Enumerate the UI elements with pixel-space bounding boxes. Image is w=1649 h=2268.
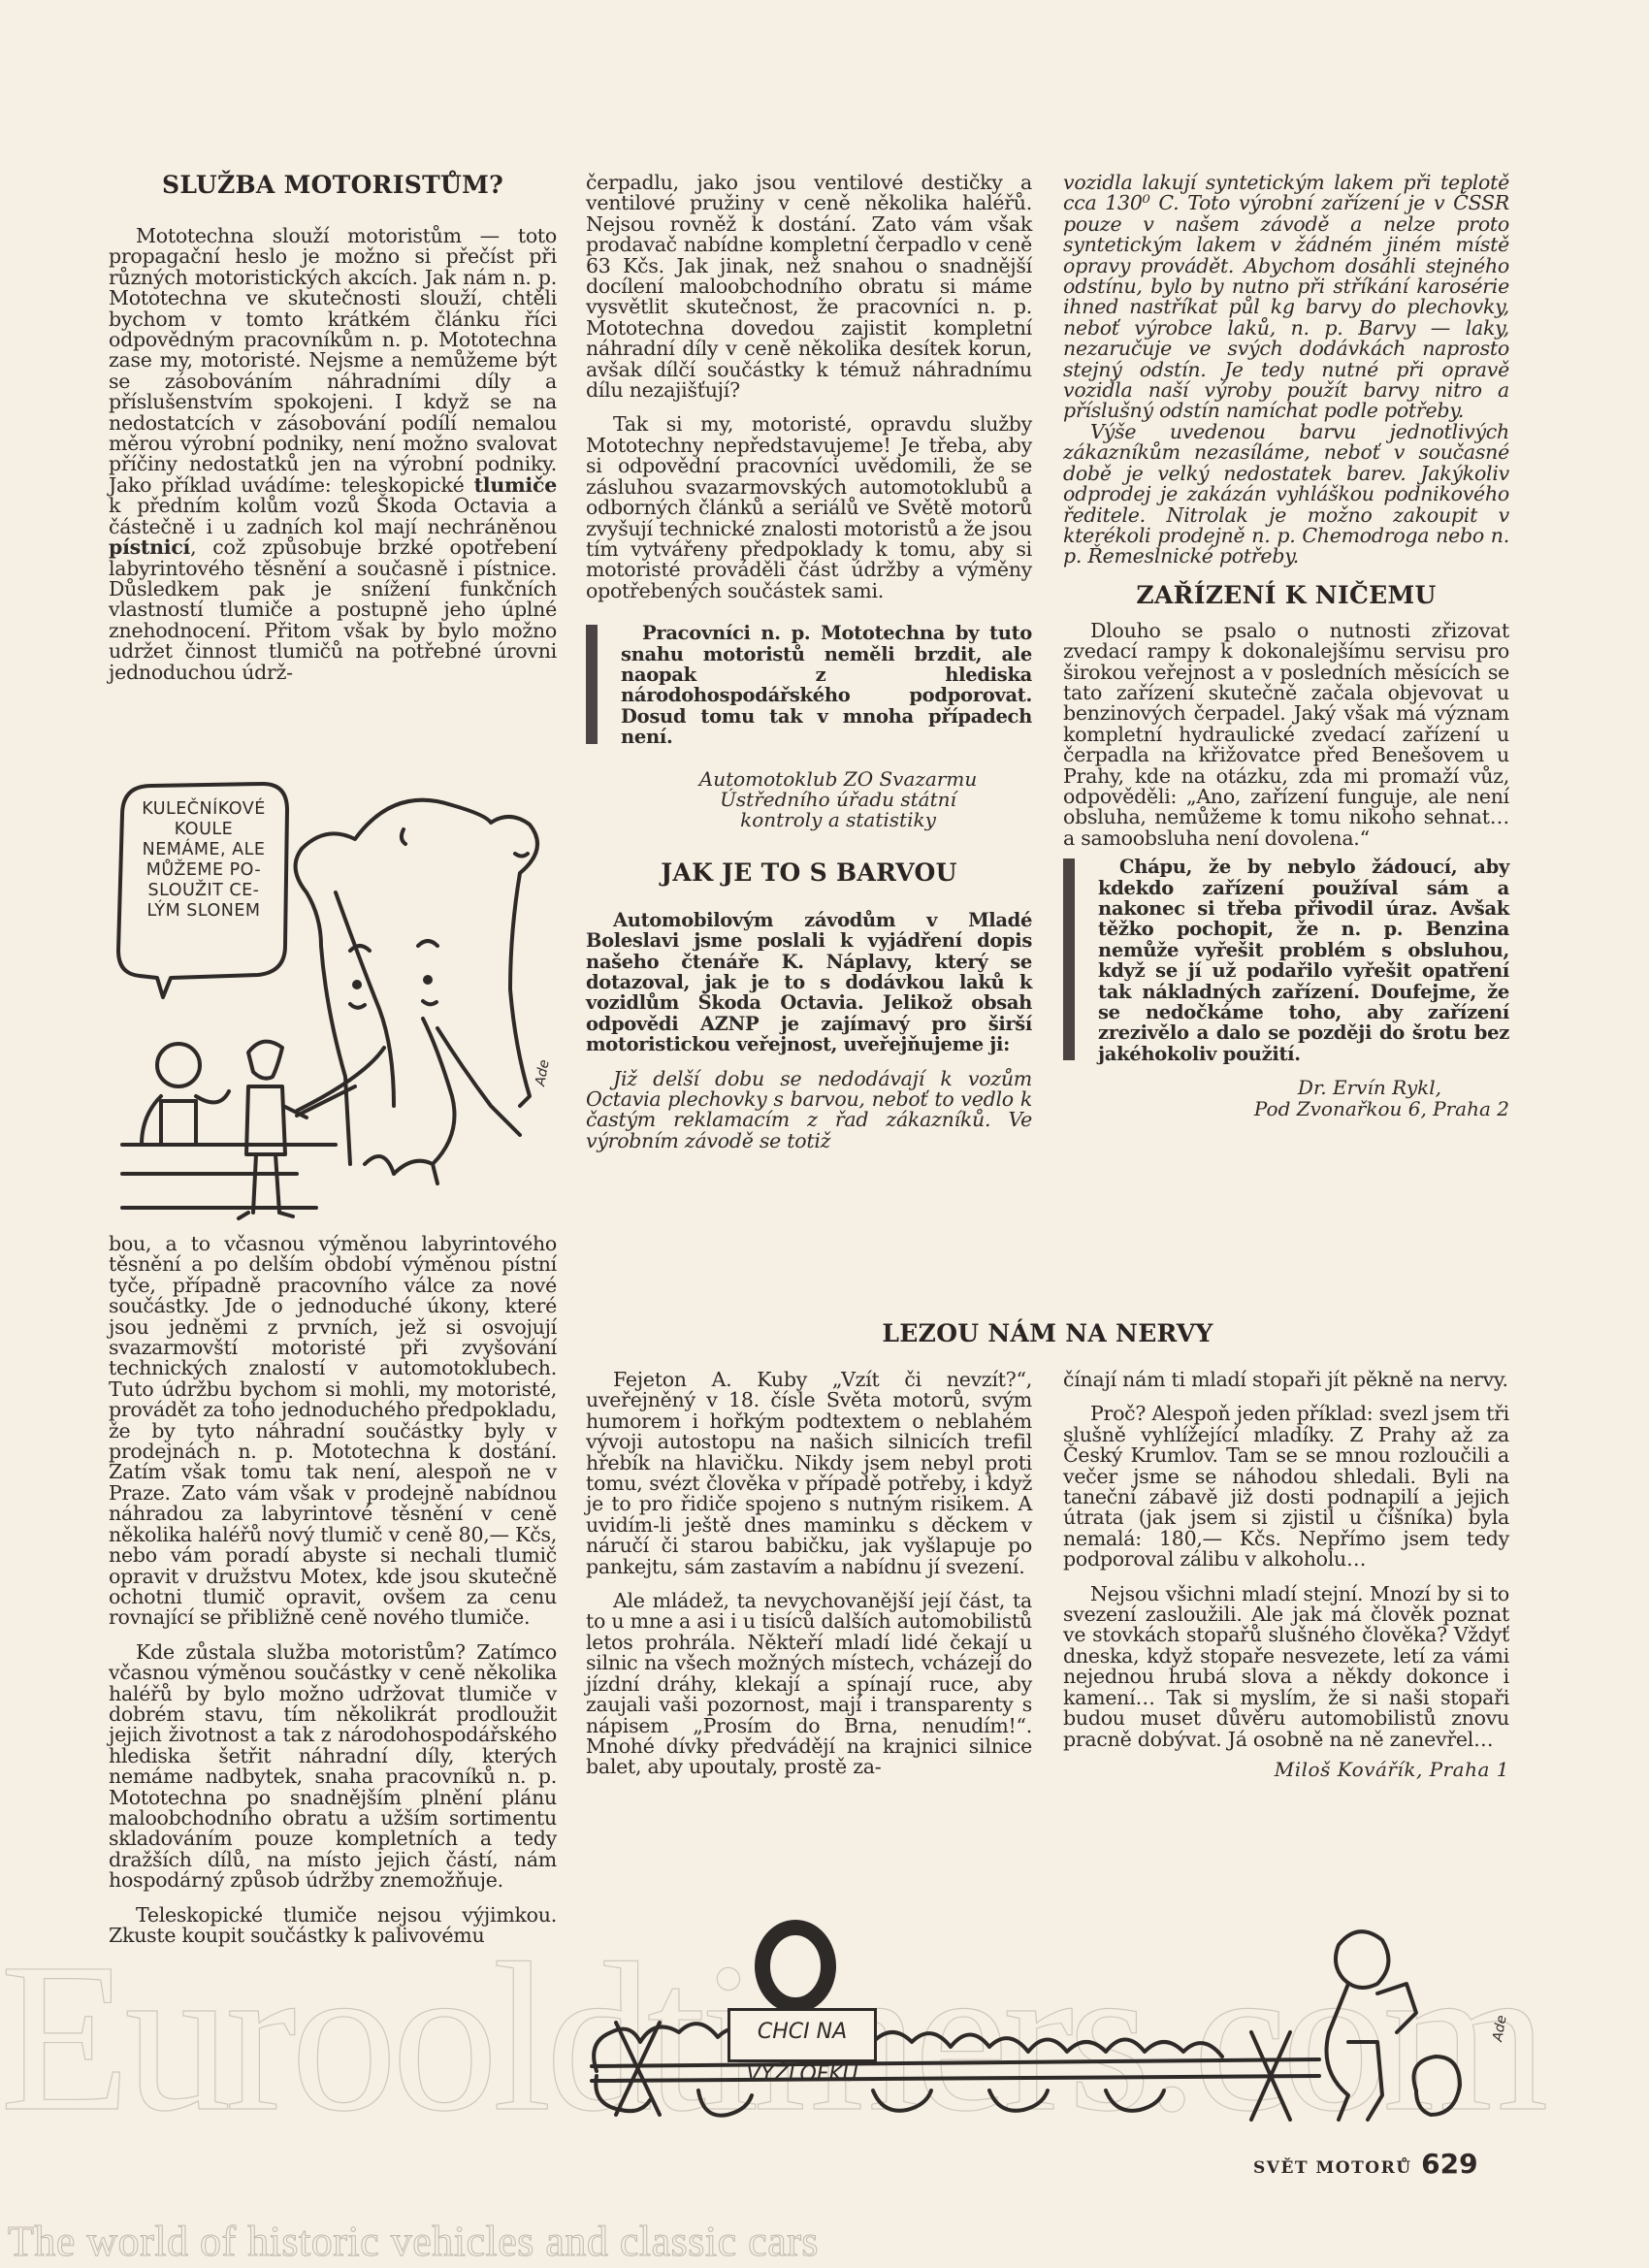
page-number: 629 [1421,2148,1477,2180]
article-title-sluzba: SLUŽBA MOTORISTŮM? [109,171,557,199]
article-title-nervy: LEZOU NÁM NA NERVY [586,1319,1509,1347]
magazine-page: Eurooldtimers.com The world of historic … [0,0,1649,2268]
watermark-tagline: The world of historic vehicles and class… [8,2217,819,2266]
callout-box-mototechna: Pracovníci n. p. Mototechna by tuto snah… [586,623,1032,747]
article-paragraph: Kde zůstala služba motoristům? Zatímco v… [109,1642,557,1892]
article-paragraph: Nejsou všichni mladí stejní. Mnozí by si… [1063,1584,1509,1750]
signature-automotoklub: Automotoklub ZO Svazarmu Ústředního úřad… [586,769,1032,831]
article-title-barvou: JAK JE TO S BARVOU [586,859,1032,887]
article-sluzba-continued: bou, a to včasnou výměnou labyrintového … [109,1234,557,1946]
article-paragraph: čerpadlu, jako jsou ventilové destičky a… [586,173,1032,401]
article-nervy-col2: Fejeton A. Kuby „Vzít či nevzít?“, uveře… [586,1370,1032,1778]
callout-bar [586,625,598,743]
svg-text:Ade: Ade [533,1058,553,1087]
article-paragraph: Výše uvedenou barvu jednotlivých zákazní… [1063,422,1509,567]
article-paragraph: Fejeton A. Kuby „Vzít či nevzít?“, uveře… [586,1370,1032,1577]
speech-bubble-text: KULEČNÍKOVÉ KOULE NEMÁME, ALE MŮŽEME PO-… [124,799,283,922]
signature-rykl: Dr. Ervín Rykl, Pod Zvonařkou 6, Praha 2 [1063,1078,1509,1119]
article-title-zarizeni: ZAŘÍZENÍ K NIČEMU [1063,581,1509,609]
article-paragraph: Teleskopické tlumiče nejsou výjimkou. Zk… [109,1905,557,1947]
article-nervy-col3: čínají nám ti mladí stopaři jít pěkně na… [1063,1370,1509,1780]
article-sluzba-col2: čerpadlu, jako jsou ventilové destičky a… [586,173,1032,1151]
article-paragraph: Tak si my, motoristé, opravdu služby Mot… [586,414,1032,601]
article-paragraph: Mototechna slouží motoristům — toto prop… [109,226,557,683]
article-sluzba-motoristum: SLUŽBA MOTORISTŮM? Mototechna slouží mot… [109,171,557,683]
magazine-name: SVĚT MOTORŮ [1253,2158,1412,2178]
article-paragraph: bou, a to včasnou výměnou labyrintového … [109,1234,557,1629]
article-barvou-col3: vozidla lakují syntetickým lakem při tep… [1063,173,1509,1119]
article-intro: Automobilovým závodům v Mladé Boleslavi … [586,910,1032,1055]
article-paragraph: Ale mládež, ta nevychovanější její část,… [586,1591,1032,1778]
article-paragraph: Proč? Alespoň jeden příklad: svezl jsem … [1063,1404,1509,1570]
hitchhiker-cartoon: Ade CHCI NA VYŽLOFKU [582,1916,1552,2124]
hitchhike-sign: CHCI NA VYŽLOFKU [727,2008,877,2062]
svg-text:Ade: Ade [1490,2014,1510,2043]
signature-kovarik: Miloš Kovářík, Praha 1 [1063,1760,1509,1780]
callout-bar [1063,859,1075,1060]
article-paragraph: čínají nám ti mladí stopaři jít pěkně na… [1063,1370,1509,1390]
page-footer: SVĚT MOTORŮ 629 [1253,2148,1478,2180]
callout-box-benzina: Chápu, že by nebylo žádoucí, aby kdekdo … [1063,857,1509,1064]
elephant-cartoon: Ade KULEČNÍKOVÉ KOULE NEMÁME, ALE MŮŽEME… [103,757,578,1227]
article-paragraph: Dlouho se psalo o nutnosti zřizovat zved… [1063,621,1509,849]
article-paragraph: vozidla lakují syntetickým lakem při tep… [1063,173,1509,422]
article-paragraph: Již delší dobu se nedodávají k vozům Oct… [586,1069,1032,1152]
